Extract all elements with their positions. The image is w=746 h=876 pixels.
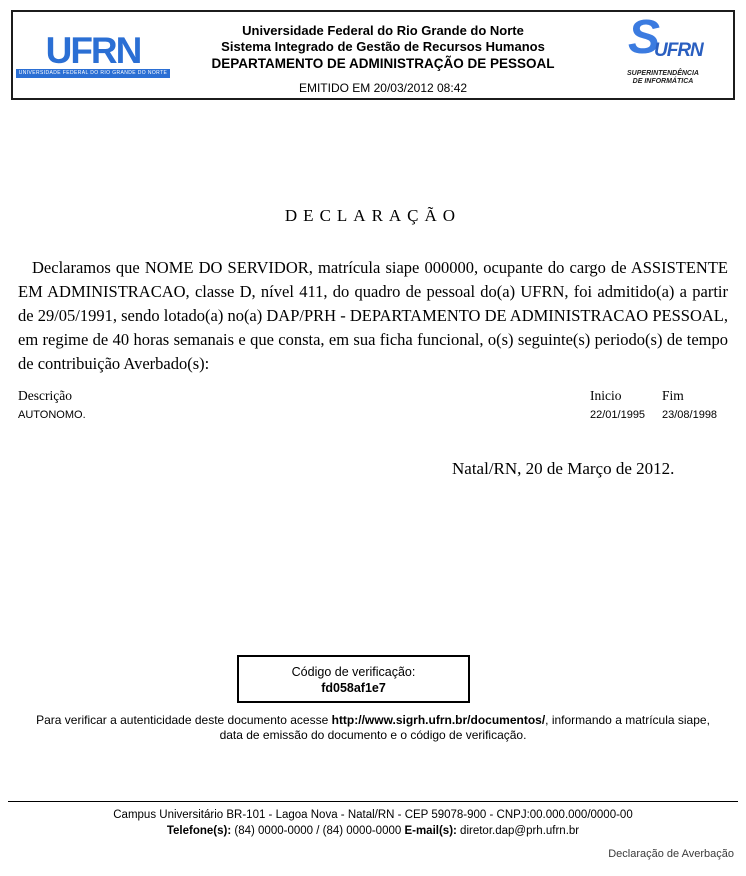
superintendencia-logo-caption: SUPERINTENDÊNCIA DE INFORMÁTICA bbox=[627, 70, 699, 86]
document-title: DECLARAÇÃO bbox=[0, 206, 746, 226]
superintendencia-logo: S UFRN SUPERINTENDÊNCIA DE INFORMÁTICA bbox=[593, 12, 733, 98]
footer-divider bbox=[8, 801, 738, 802]
verification-note-prefix: Para verificar a autenticidade deste doc… bbox=[36, 713, 332, 727]
cell-end-date: 23/08/1998 bbox=[662, 408, 728, 422]
footer-contact-block: Campus Universitário BR-101 - Lagoa Nova… bbox=[0, 807, 746, 839]
verification-note: Para verificar a autenticidade deste doc… bbox=[0, 713, 746, 743]
footer-phones: (84) 0000-0000 / (84) 0000-0000 bbox=[231, 825, 404, 837]
verification-code: fd058af1e7 bbox=[239, 680, 468, 696]
si-caption-line1: SUPERINTENDÊNCIA bbox=[627, 70, 699, 78]
header-box: UFRN UNIVERSIDADE FEDERAL DO RIO GRANDE … bbox=[11, 10, 735, 100]
superintendencia-logo-mark: S UFRN bbox=[620, 24, 706, 68]
footer-email-label: E-mail(s): bbox=[404, 825, 456, 837]
ufrn-logo-acronym: UFRN bbox=[46, 34, 141, 68]
verification-box: Código de verificação: fd058af1e7 bbox=[237, 655, 470, 703]
si-logo-ufrn-text: UFRN bbox=[654, 40, 703, 62]
header-department: DEPARTAMENTO DE ADMINISTRAÇÃO DE PESSOAL bbox=[173, 55, 593, 72]
verification-note-line2: data de emissão do documento e o código … bbox=[220, 728, 527, 742]
averbation-table: Descrição Inicio Fim AUTONOMO. 22/01/199… bbox=[18, 387, 728, 422]
header-university: Universidade Federal do Rio Grande do No… bbox=[173, 23, 593, 39]
document-type-label: Declaração de Averbação bbox=[608, 848, 734, 860]
verification-label: Código de verificação: bbox=[239, 664, 468, 680]
ufrn-logo: UFRN UNIVERSIDADE FEDERAL DO RIO GRANDE … bbox=[13, 12, 173, 98]
column-header-description: Descrição bbox=[18, 387, 590, 405]
footer-address: Campus Universitário BR-101 - Lagoa Nova… bbox=[0, 807, 746, 823]
header-system: Sistema Integrado de Gestão de Recursos … bbox=[173, 39, 593, 55]
footer-contacts: Telefone(s): (84) 0000-0000 / (84) 0000-… bbox=[0, 823, 746, 839]
footer-email: diretor.dap@prh.ufrn.br bbox=[457, 825, 579, 837]
footer-phones-label: Telefone(s): bbox=[167, 825, 231, 837]
cell-start-date: 22/01/1995 bbox=[590, 408, 662, 422]
cell-description: AUTONOMO. bbox=[18, 408, 590, 422]
table-header-row: Descrição Inicio Fim bbox=[18, 387, 728, 405]
verification-url: http://www.sigrh.ufrn.br/documentos/ bbox=[332, 713, 546, 727]
column-header-start: Inicio bbox=[590, 387, 662, 405]
ufrn-logo-caption: UNIVERSIDADE FEDERAL DO RIO GRANDE DO NO… bbox=[16, 69, 171, 78]
place-date-line: Natal/RN, 20 de Março de 2012. bbox=[452, 459, 674, 479]
si-caption-line2: DE INFORMÁTICA bbox=[627, 78, 699, 86]
header-emitted-timestamp: EMITIDO EM 20/03/2012 08:42 bbox=[173, 81, 593, 95]
header-titles: Universidade Federal do Rio Grande do No… bbox=[173, 12, 593, 98]
verification-note-suffix: , informando a matrícula siape, bbox=[545, 713, 710, 727]
table-row: AUTONOMO. 22/01/1995 23/08/1998 bbox=[18, 408, 728, 422]
column-header-end: Fim bbox=[662, 387, 728, 405]
declaration-paragraph: Declaramos que NOME DO SERVIDOR, matrícu… bbox=[18, 256, 728, 376]
